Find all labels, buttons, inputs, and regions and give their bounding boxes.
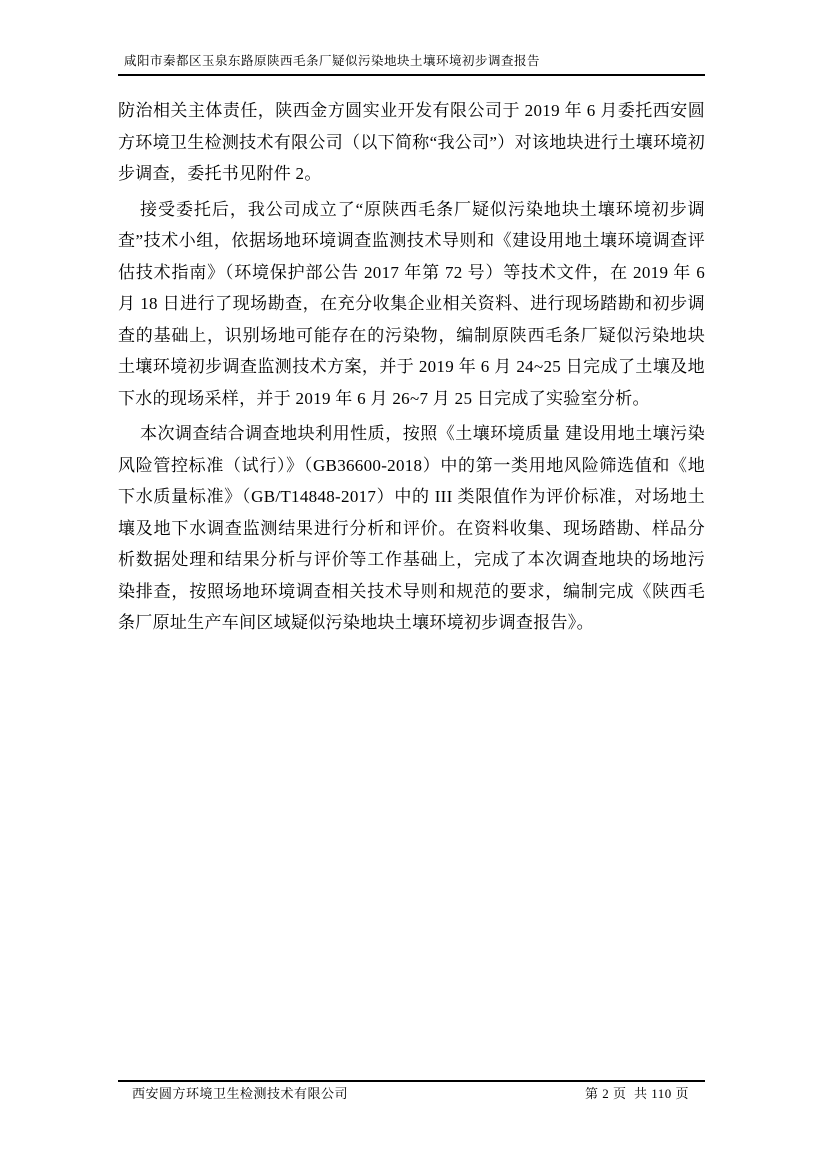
- document-body: 防治相关主体责任，陕西金方圆实业开发有限公司于 2019 年 6 月委托西安圆方…: [118, 95, 705, 643]
- footer-page-info: 第 2 页 共 110 页: [585, 1086, 705, 1102]
- body-paragraph-3: 本次调查结合调查地块利用性质，按照《土壤环境质量 建设用地土壤污染风险管控标准（…: [118, 418, 705, 639]
- body-paragraph-1: 防治相关主体责任，陕西金方圆实业开发有限公司于 2019 年 6 月委托西安圆方…: [118, 95, 705, 190]
- footer-company: 西安圆方环境卫生检测技术有限公司: [118, 1086, 348, 1102]
- header-divider: [118, 74, 705, 76]
- footer-row: 西安圆方环境卫生检测技术有限公司 第 2 页 共 110 页: [118, 1082, 705, 1102]
- page-header: 咸阳市秦都区玉泉东路原陕西毛条厂疑似污染地块土壤环境初步调查报告: [118, 53, 705, 76]
- body-paragraph-2: 接受委托后，我公司成立了“原陕西毛条厂疑似污染地块土壤环境初步调查”技术小组，依…: [118, 194, 705, 415]
- report-page: 咸阳市秦都区玉泉东路原陕西毛条厂疑似污染地块土壤环境初步调查报告 防治相关主体责…: [0, 0, 827, 1169]
- header-title: 咸阳市秦都区玉泉东路原陕西毛条厂疑似污染地块土壤环境初步调查报告: [118, 53, 705, 69]
- page-footer: 西安圆方环境卫生检测技术有限公司 第 2 页 共 110 页: [118, 1080, 705, 1102]
